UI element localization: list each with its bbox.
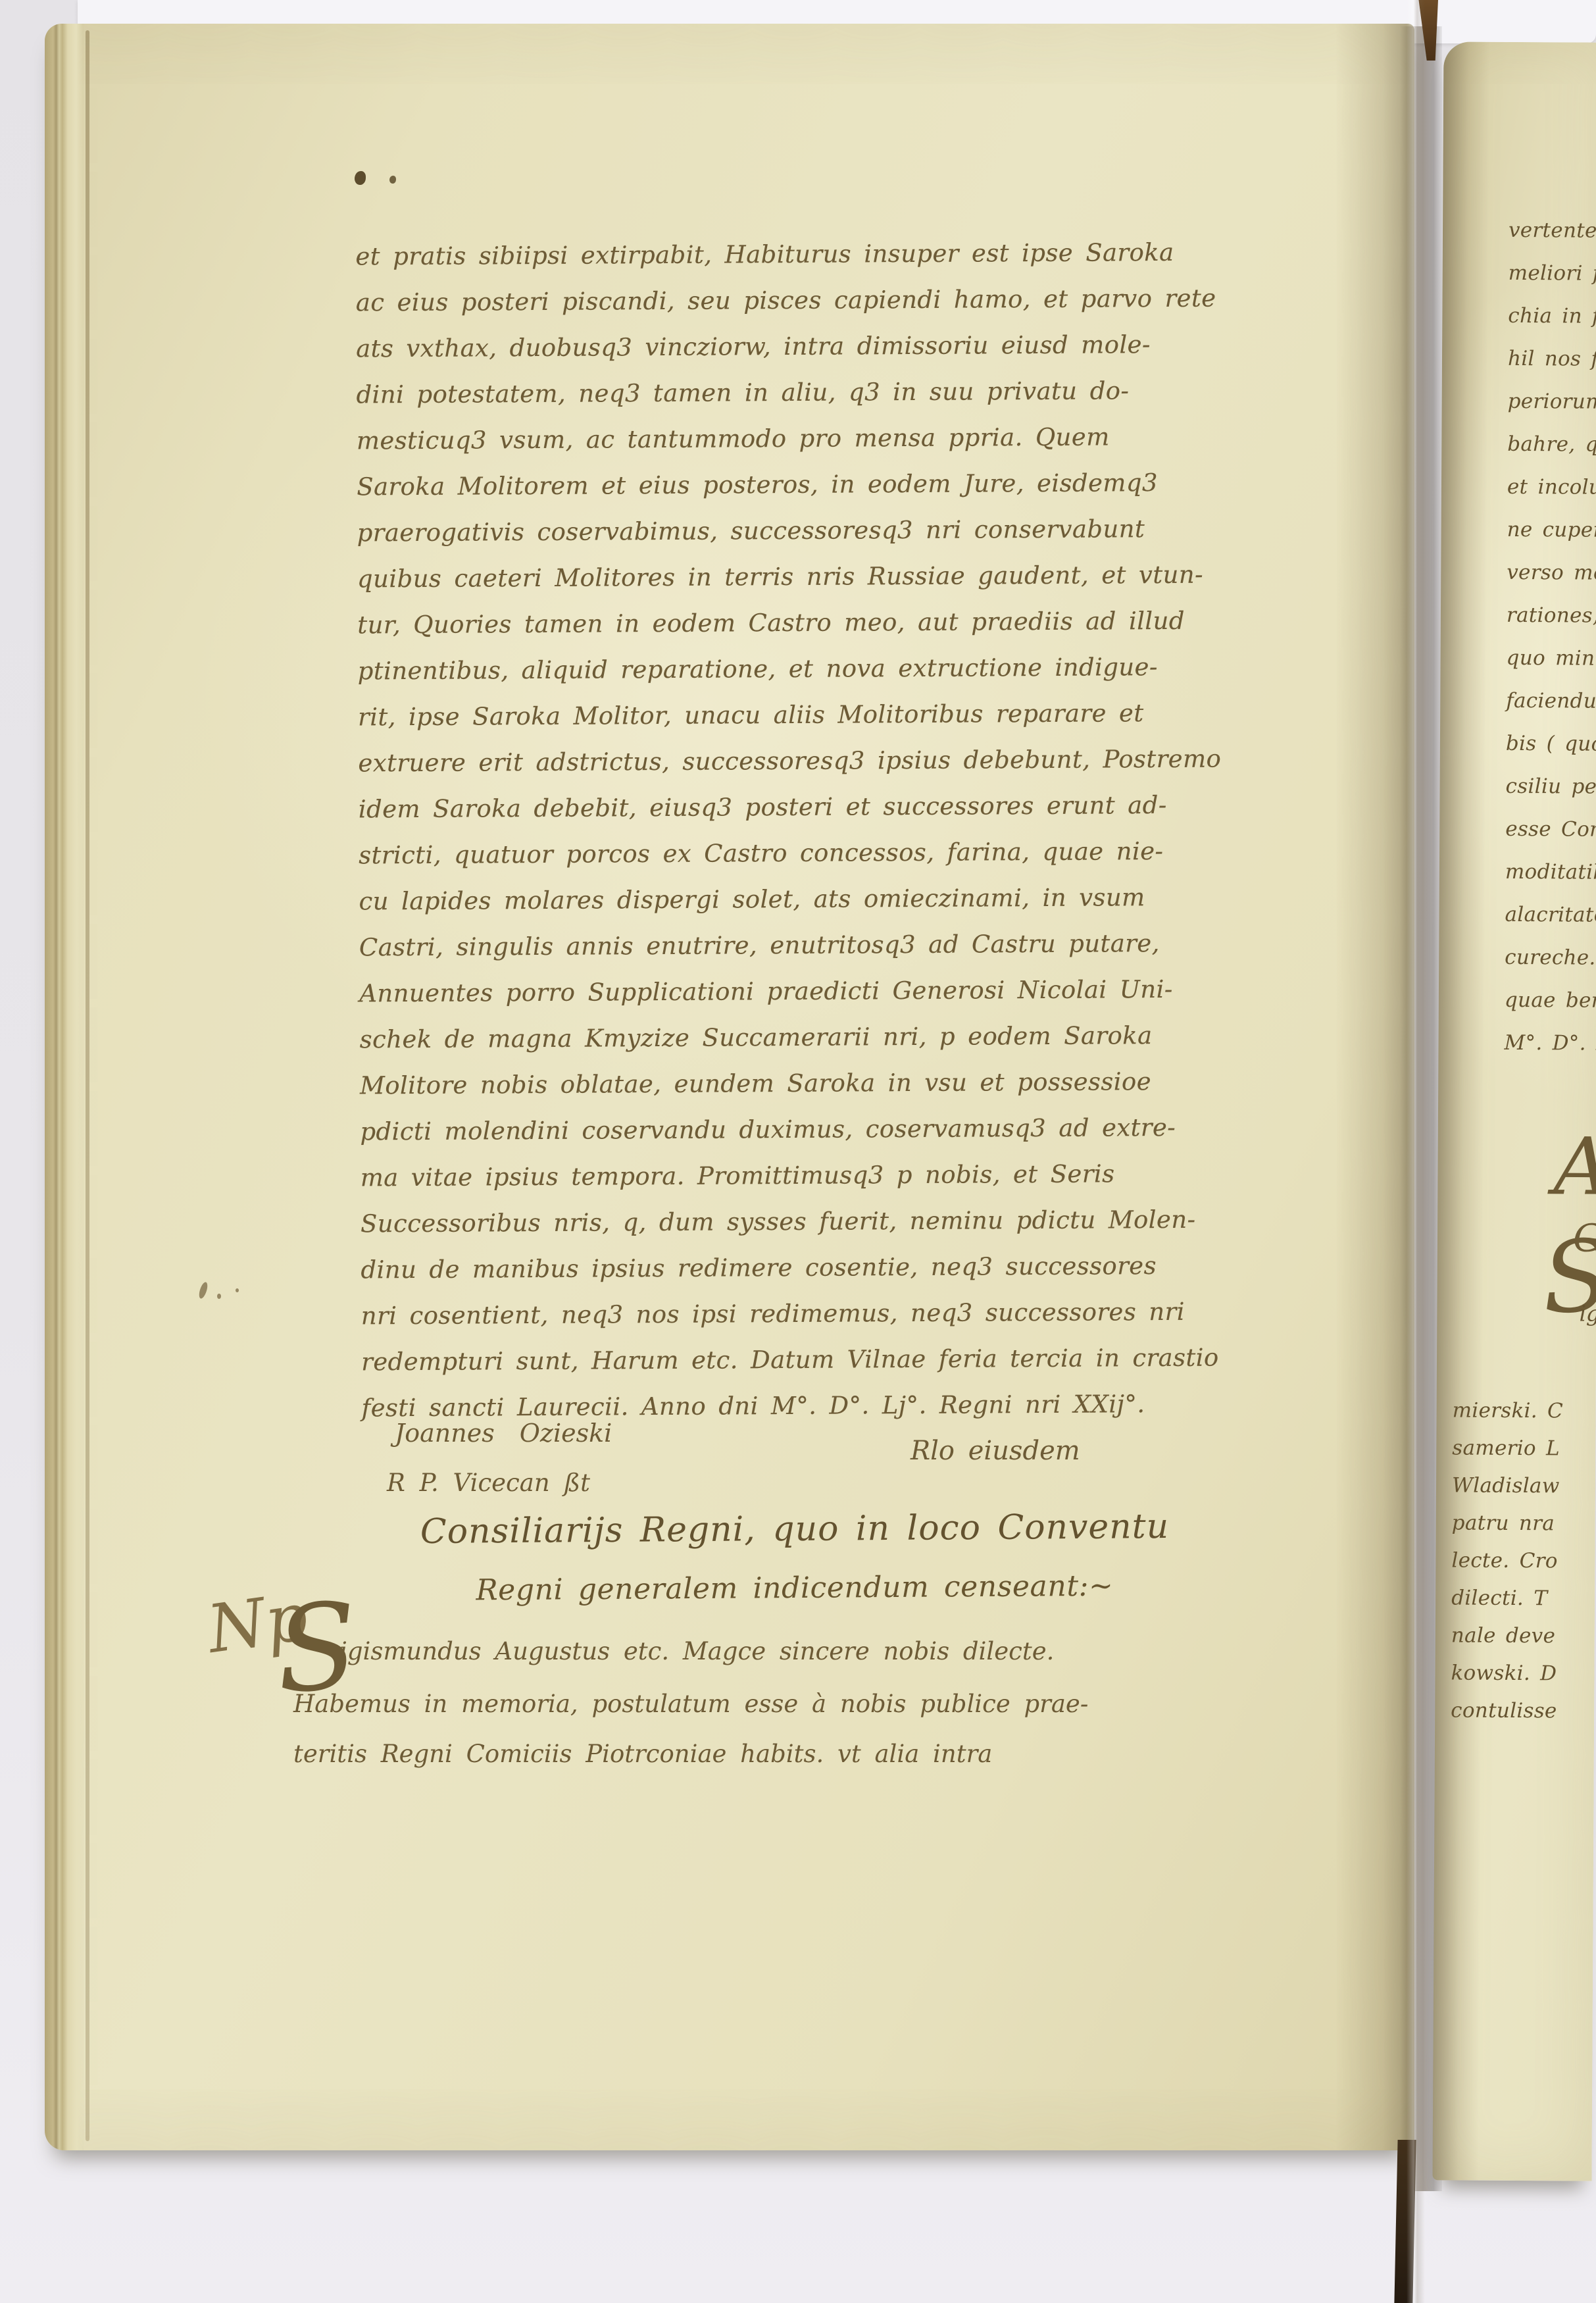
manuscript-text-line: contulisse: [1451, 1692, 1562, 1730]
manuscript-text-line: alacritate: [1505, 894, 1596, 937]
manuscript-text-line: verso mo: [1507, 551, 1596, 595]
section-heading-line-1: Consiliarijs Regni, quo in loco Conventu: [236, 1506, 1354, 1553]
paragraph-line: igismundus Augustus etc. Magce sincere n…: [339, 1637, 1054, 1665]
ink-blot: [389, 176, 396, 184]
manuscript-text-line: Castri, singulis annis enutrire, enutrit…: [359, 921, 1214, 971]
manuscript-text-line: quibus caeteri Molitores in terris nris …: [357, 552, 1212, 603]
manuscript-text-line: kowski. D: [1451, 1654, 1562, 1692]
manuscript-text-line: stricti, quatuor porcos ex Castro conces…: [359, 828, 1214, 879]
manuscript-text-line: mierski. C: [1452, 1392, 1563, 1430]
manuscript-text-line: bahre, qm: [1507, 423, 1596, 467]
scanned-manuscript-spread: et pratis sibiipsi extirpabit, Habiturus…: [0, 0, 1596, 2303]
manuscript-text-line: dini potestatem, neq3 tamen in aliu, q3 …: [356, 368, 1211, 418]
manuscript-text-line: patru nra: [1452, 1504, 1563, 1542]
manuscript-text-line: schek de magna Kmyzize Succamerarii nri,…: [359, 1013, 1214, 1063]
manuscript-text-line: ac eius posteri piscandi, seu pisces cap…: [356, 276, 1211, 326]
manuscript-body-text: et pratis sibiipsi extirpabit, Habiturus…: [355, 230, 1217, 1432]
manuscript-text-line: rit, ipse Saroka Molitor, unacu aliis Mo…: [358, 690, 1213, 741]
manuscript-text-line: nale deve: [1451, 1617, 1562, 1655]
manuscript-text-line: et incolum: [1507, 466, 1596, 509]
manuscript-text-line: Successoribus nris, q, dum sysses fuerit…: [361, 1197, 1216, 1248]
manuscript-text-line: cureche.: [1505, 936, 1596, 980]
manuscript-text-line: ats vxthax, duobusq3 vincziorw, intra di…: [356, 322, 1211, 372]
binding-leaf-edges: [45, 24, 83, 2150]
signature-name: Joannes Ozieski: [395, 1419, 612, 1448]
manuscript-text-line: chia in fr: [1508, 295, 1596, 338]
manuscript-text-line: Molitore nobis oblatae, eundem Saroka in…: [360, 1059, 1215, 1109]
manuscript-text-line: quae bene: [1505, 979, 1596, 1023]
manuscript-text-line: Annuentes porro Supplicationi praedicti …: [359, 967, 1214, 1017]
signature-title: R P. Vicecan ßt: [387, 1469, 590, 1497]
manuscript-text-line: hil nos fu: [1508, 338, 1596, 381]
manuscript-text-line: tur, Quories tamen in eodem Castro meo, …: [357, 598, 1212, 649]
manuscript-text-line: idem Saroka debebit, eiusq3 posteri et s…: [359, 782, 1214, 833]
margin-smudge: [197, 1281, 209, 1300]
right-page-initial-S-text: igismund: [1579, 1300, 1596, 1327]
section-heading-line-2: Regni generalem indicendum censeant:~: [236, 1567, 1354, 1609]
manuscript-text-line: bis ( quo: [1506, 722, 1596, 766]
manuscript-text-line: lecte. Cro: [1451, 1542, 1562, 1580]
manuscript-text-line: praerogativis coservabimus, successoresq…: [357, 506, 1212, 557]
manuscript-text-line: pdicti molendini coservandu duximus, cos…: [360, 1105, 1215, 1155]
manuscript-text-line: dilecti. T: [1451, 1579, 1562, 1617]
manuscript-text-line: cu lapides molares dispergi solet, ats o…: [359, 874, 1214, 925]
binding-edge-line: [86, 30, 89, 2141]
manuscript-text-line: extruere erit adstrictus, successoresq3 …: [358, 736, 1213, 787]
ink-blot: [355, 171, 366, 185]
manuscript-text-line: moditatib: [1505, 851, 1596, 894]
manuscript-text-line: csiliu pe: [1505, 765, 1596, 809]
manuscript-text-line: periorum: [1507, 380, 1596, 424]
relatio-note: Rlo eiusdem: [910, 1436, 1080, 1466]
manuscript-text-line: rationes, q: [1507, 594, 1596, 638]
manuscript-text-line: meliori fr: [1508, 252, 1596, 295]
manuscript-text-line: ma vitae ipsius tempora. Promittimusq3 p…: [361, 1151, 1216, 1202]
manuscript-text-line: ptinentibus, aliquid reparatione, et nov…: [358, 644, 1213, 695]
manuscript-text-line: samerio L: [1452, 1429, 1563, 1467]
manuscript-text-line: et pratis sibiipsi extirpabit, Habiturus…: [355, 230, 1210, 280]
margin-smudge: [217, 1294, 221, 1299]
paragraph-line: teritis Regni Comiciis Piotrconiae habit…: [293, 1740, 992, 1768]
right-page-partial: vertentemmeliori frchia in frhil nos fup…: [1432, 41, 1596, 2181]
manuscript-text-line: quo minus: [1506, 637, 1596, 680]
left-page: et pratis sibiipsi extirpabit, Habiturus…: [45, 24, 1414, 2150]
manuscript-text-line: vertentem: [1509, 209, 1596, 253]
manuscript-text-line: mesticuq3 vsum, ac tantummodo pro mensa …: [357, 414, 1212, 465]
manuscript-text-line: nri cosentient, neq3 nos ipsi redimemus,…: [361, 1289, 1216, 1340]
manuscript-text-line: dinu de manibus ipsius redimere cosentie…: [361, 1243, 1216, 1294]
bookmark-ribbon-bottom: [1394, 2140, 1416, 2303]
right-page-text-fragments-bottom: mierski. Csamerio LWladislawpatru nralec…: [1451, 1392, 1563, 1730]
paragraph-line: Habemus in memoria, postulatum esse à no…: [293, 1690, 1088, 1718]
manuscript-text-line: faciendum: [1506, 680, 1596, 723]
manuscript-text-line: M°. D°. L: [1504, 1022, 1596, 1065]
margin-smudge: [236, 1288, 239, 1292]
manuscript-text-line: Wladislaw: [1452, 1467, 1563, 1505]
right-page-initial-A: A: [1553, 1128, 1596, 1207]
manuscript-text-line: Saroka Molitorem et eius posteros, in eo…: [357, 460, 1212, 511]
right-page-text-fragments-top: vertentemmeliori frchia in frhil nos fup…: [1504, 209, 1596, 1065]
manuscript-text-line: esse Com: [1505, 808, 1596, 851]
manuscript-text-line: redempturi sunt, Harum etc. Datum Vilnae…: [361, 1335, 1216, 1386]
manuscript-text-line: ne cuper: [1507, 509, 1596, 552]
